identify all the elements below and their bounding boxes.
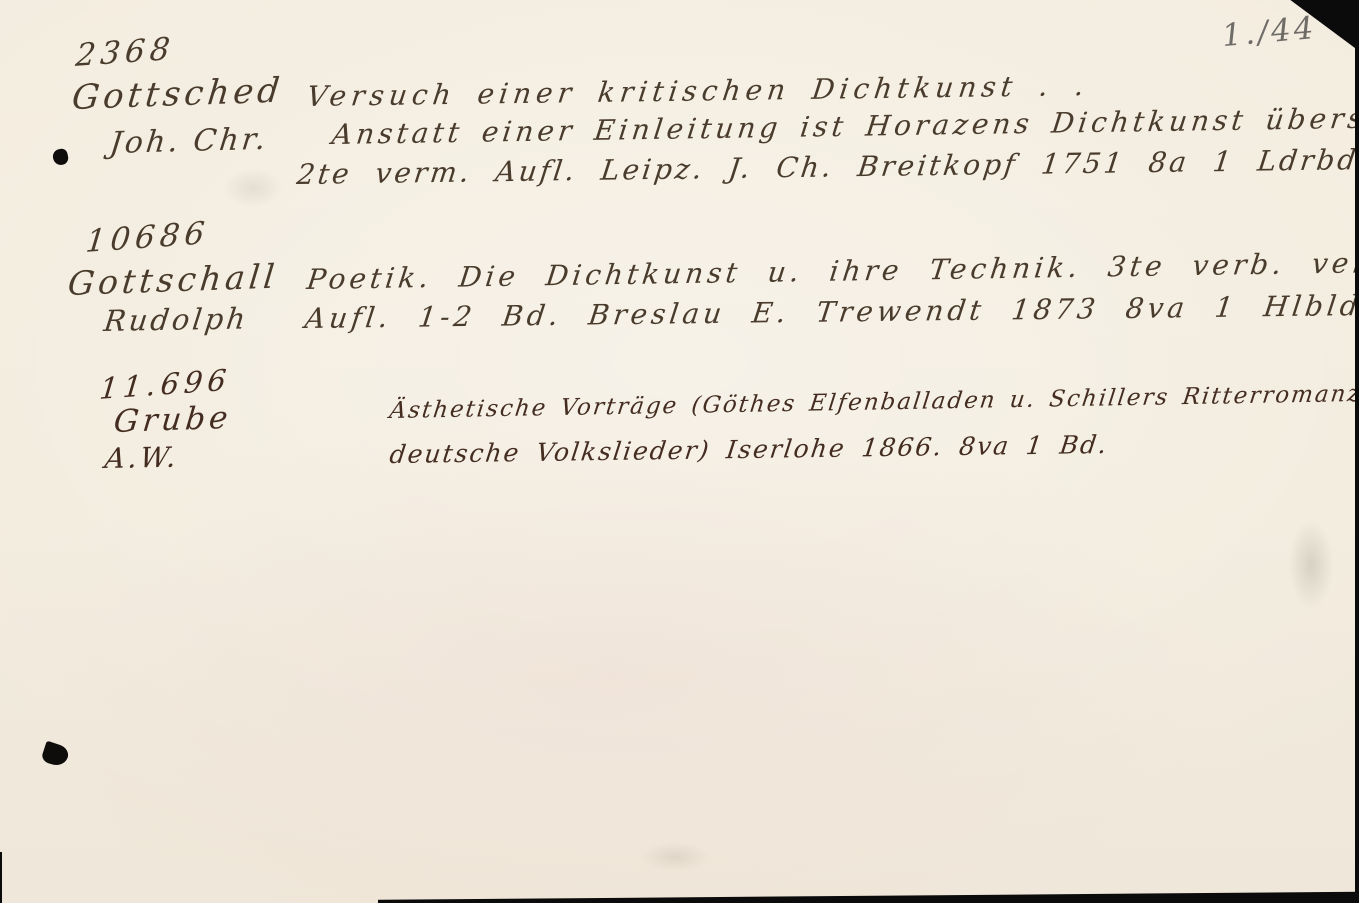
- scan-edge-right: [1355, 0, 1359, 903]
- punch-hole-top: [52, 148, 70, 167]
- entry-number: 10686: [84, 215, 211, 260]
- paper-smudge: [640, 842, 710, 872]
- entry-title-line: Ästhetische Vorträge (Göthes Elfenballad…: [388, 380, 1359, 424]
- author-surname: Gottsched: [70, 70, 285, 118]
- entry-imprint-line: 2te verm. Aufl. Leipz. J. Ch. Breitkopf …: [295, 143, 1359, 191]
- entry-imprint-line: Aufl. 1-2 Bd. Breslau E. Trewendt 1873 8…: [303, 289, 1359, 335]
- folio-number: 1./44: [1221, 10, 1318, 54]
- entry-imprint-line: deutsche Volkslieder) Iserlohe 1866. 8va…: [388, 430, 1110, 469]
- scan-edge-bottom: [378, 887, 1359, 903]
- author-surname: Gottschall: [66, 256, 280, 303]
- entry-title-line: Versuch einer kritischen Dichtkunst . .: [305, 69, 1091, 113]
- author-surname: Grube: [112, 400, 233, 440]
- paper-smudge: [1288, 520, 1334, 610]
- paper-smudge: [223, 168, 283, 208]
- author-given-name: Joh. Chr.: [108, 122, 270, 161]
- author-given-name: A.W.: [103, 441, 181, 475]
- punch-hole-bottom: [40, 741, 70, 769]
- entry-title-line: Poetik. Die Dichtkunst u. ihre Technik. …: [305, 246, 1359, 296]
- entry-number: 2368: [74, 31, 176, 74]
- catalog-card-scan: 1./44 2368 Gottsched Joh. Chr. Versuch e…: [0, 0, 1359, 903]
- scan-edge-left: [0, 852, 2, 903]
- author-given-name: Rudolph: [102, 301, 250, 338]
